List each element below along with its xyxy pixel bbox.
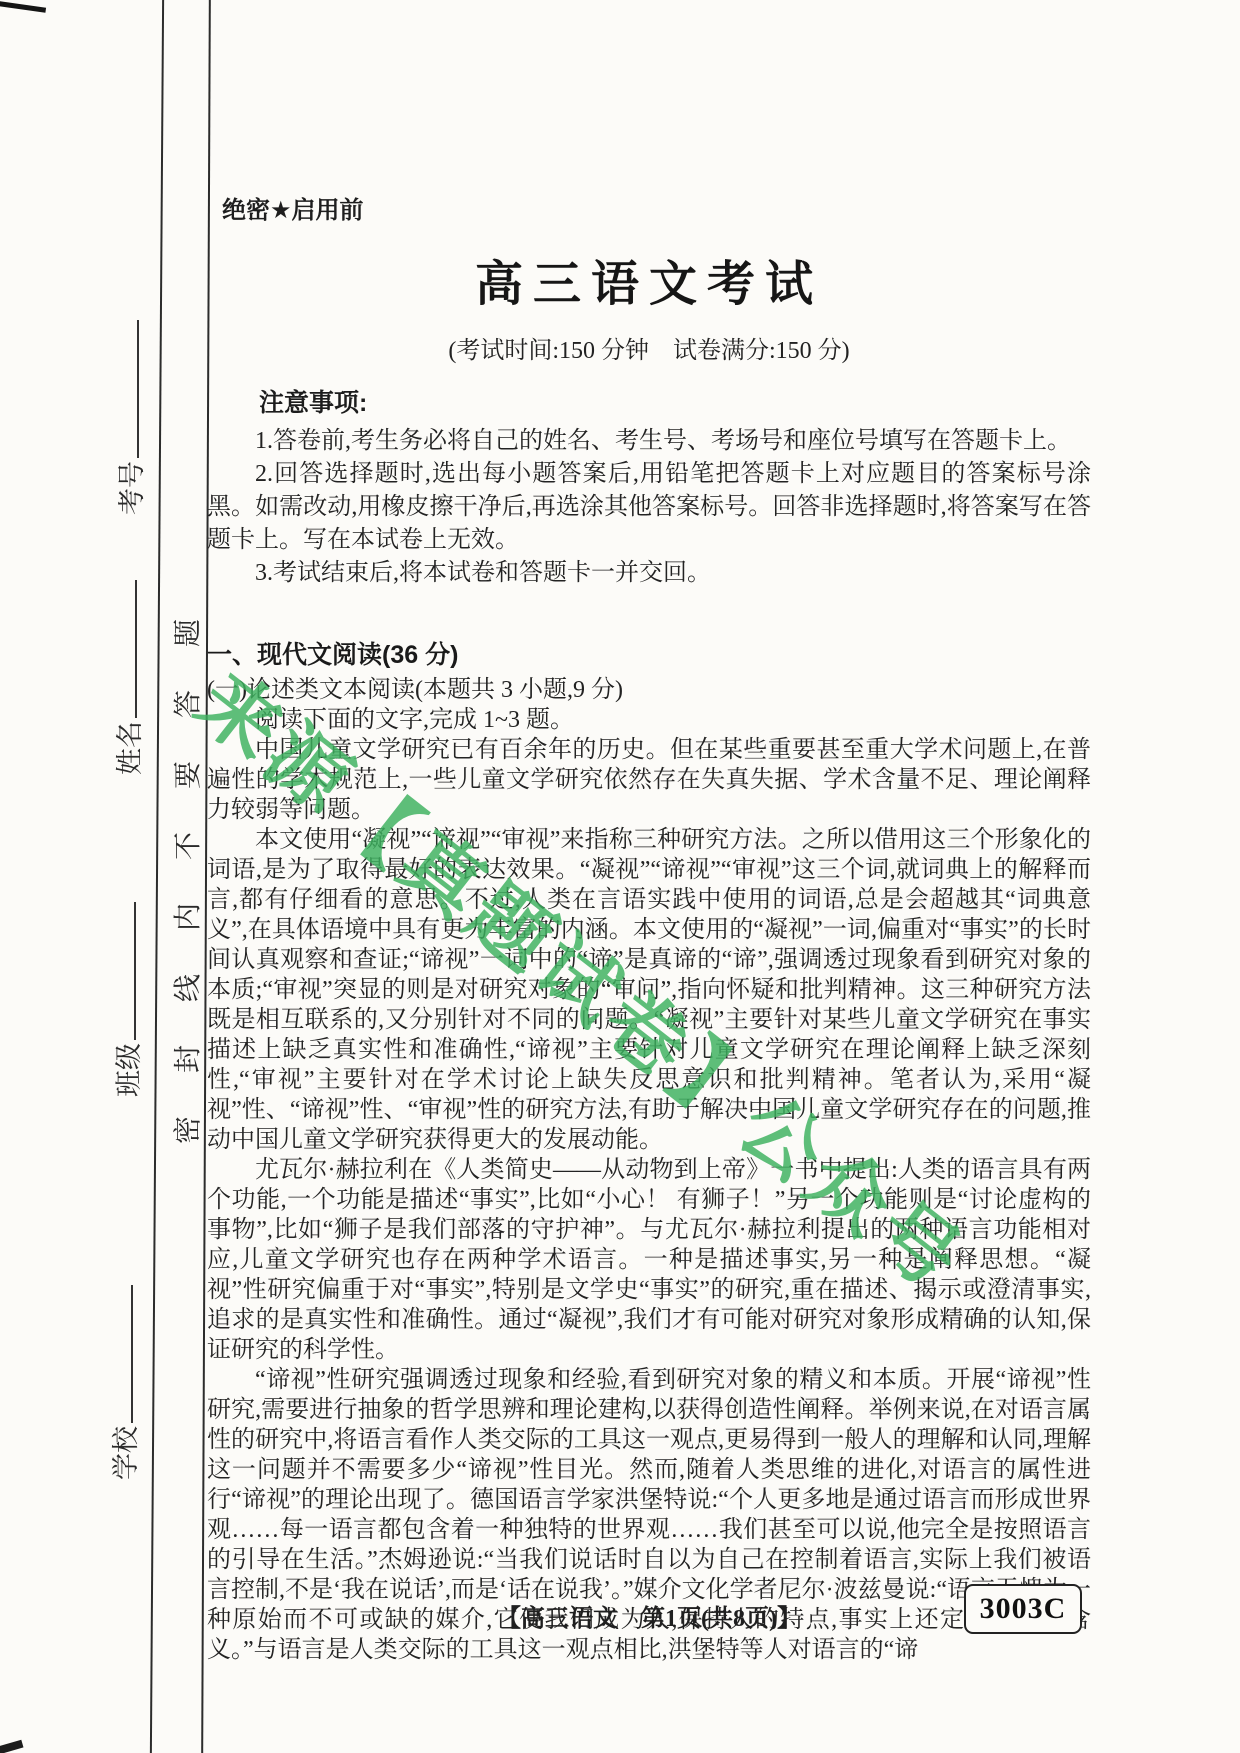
seal-margin-outer-line bbox=[150, 0, 165, 1753]
seal-field-label: 班级 bbox=[107, 1043, 146, 1097]
seal-line-text: 密封线内不要答题 bbox=[166, 550, 200, 1170]
main-content: 绝密★启用前 高三语文考试 (考试时间:150 分钟 试卷满分:150 分) 注… bbox=[207, 0, 1091, 1665]
seal-field-label: 考号 bbox=[110, 461, 149, 515]
reading-instruction: 阅读下面的文字,完成 1~3 题。 bbox=[207, 705, 1091, 735]
scan-corner-artifact-top bbox=[0, 0, 46, 12]
fill-in-line bbox=[136, 320, 139, 458]
notice-heading: 注意事项: bbox=[259, 383, 1091, 419]
seal-field-class: 班级 bbox=[110, 887, 142, 1097]
exam-paper-page: 考号 姓名 班级 学校 密封线内不要答题 绝密★启用前 高三语文考试 (考试时间… bbox=[0, 0, 1240, 1753]
notice-item-2: 2.回答选择题时,选出每小题答案后,用铅笔把答题卡上对应题目的答案标号涂黑。如需… bbox=[207, 458, 1091, 557]
passage-paragraph-2: 本文使用“凝视”“谛视”“审视”来指称三种研究方法。之所以借用这三个形象化的词语… bbox=[207, 825, 1091, 1155]
scan-corner-artifact-bottom bbox=[0, 1740, 23, 1753]
exam-time-score-line: (考试时间:150 分钟 试卷满分:150 分) bbox=[207, 330, 1091, 365]
passage-paragraph-3: 尤瓦尔·赫拉利在《人类简史——从动物到上帝》一书中提出:人类的语言具有两个功能,… bbox=[207, 1155, 1091, 1365]
passage-paragraph-1: 中国儿童文学研究已有百余年的历史。但在某些重要甚至重大学术问题上,在普遍性的学术… bbox=[207, 735, 1091, 825]
seal-field-exam-number: 考号 bbox=[113, 305, 145, 515]
paper-code-badge: 3003C bbox=[964, 1584, 1082, 1634]
section-heading-modern-reading: 一、现代文阅读(36 分) bbox=[207, 635, 1091, 671]
notice-item-1: 1.答卷前,考生务必将自己的姓名、考生号、考场号和座位号填写在答题卡上。 bbox=[207, 425, 1091, 458]
fill-in-line bbox=[130, 1285, 133, 1423]
notice-list: 1.答卷前,考生务必将自己的姓名、考生号、考场号和座位号填写在答题卡上。 2.回… bbox=[207, 425, 1091, 590]
seal-field-label: 姓名 bbox=[108, 721, 147, 775]
seal-field-school: 学校 bbox=[107, 1270, 139, 1480]
fill-in-line bbox=[134, 580, 137, 718]
seal-field-name: 姓名 bbox=[111, 565, 143, 775]
classification-label: 绝密★启用前 bbox=[222, 190, 1091, 225]
seal-field-label: 学校 bbox=[104, 1426, 143, 1480]
subsection-heading-argumentative-text: (一)论述类文本阅读(本题共 3 小题,9 分) bbox=[207, 675, 1091, 705]
footer-page-label: 【高三语文 第1页(共8页)】 bbox=[207, 1598, 1091, 1633]
exam-title: 高三语文考试 bbox=[207, 245, 1091, 314]
fill-in-line bbox=[133, 902, 136, 1040]
notice-item-3: 3.考试结束后,将本试卷和答题卡一并交回。 bbox=[207, 557, 1091, 590]
